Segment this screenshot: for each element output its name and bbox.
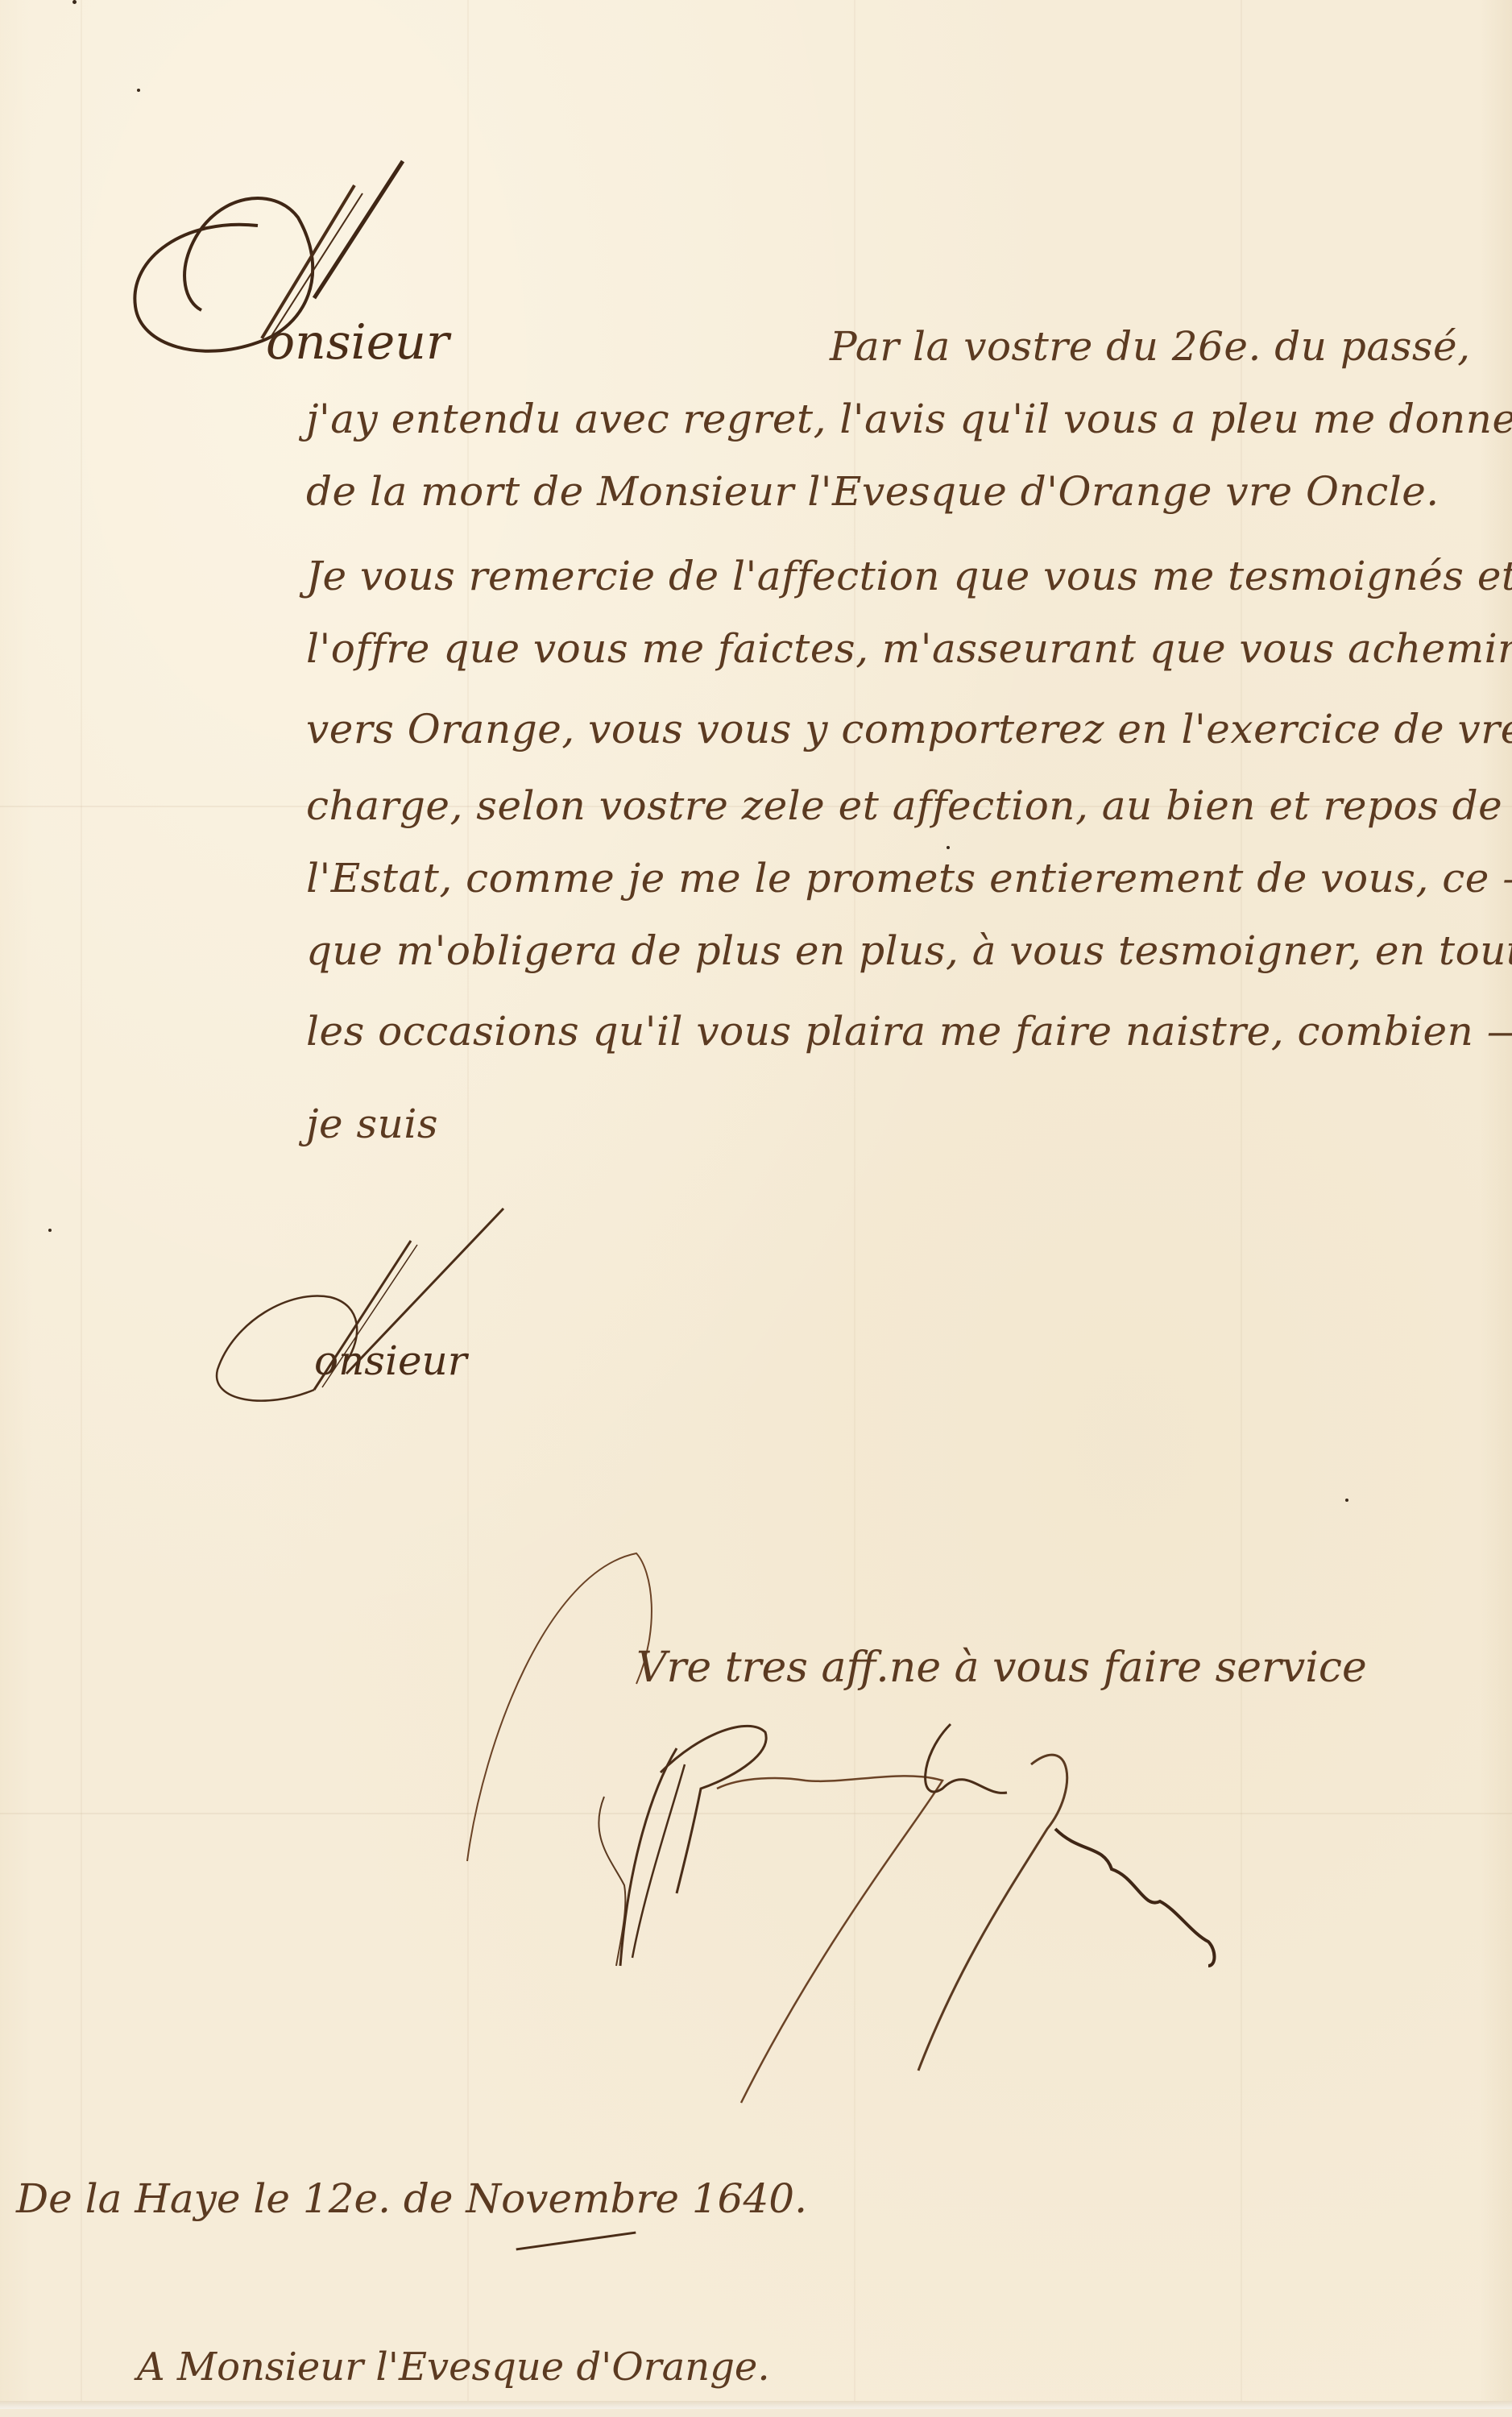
ink-speck <box>1345 1499 1348 1502</box>
body-line: Je vous remercie de l'affection que vous… <box>306 556 1512 596</box>
body-line: de la mort de Monsieur l'Evesque d'Orang… <box>306 471 1440 512</box>
paper-chain-line <box>81 0 82 2409</box>
body-line: j'ay entendu avec regret, l'avis qu'il v… <box>306 399 1512 439</box>
date-underline <box>516 2232 636 2251</box>
address-line: A Monsieur l'Evesque d'Orange. <box>137 2344 770 2390</box>
body-line: vers Orange, vous vous y comporterez en … <box>306 709 1512 749</box>
salutation-word: onsieur <box>266 314 449 371</box>
closing-salutation-word: onsieur <box>314 1337 467 1384</box>
body-line: charge, selon vostre zele et affection, … <box>306 786 1502 826</box>
ink-speck <box>48 1229 52 1232</box>
dateline: De la Haye le 12e. de Novembre 1640. <box>16 2175 807 2222</box>
body-line: les occasions qu'il vous plaira me faire… <box>306 1011 1512 1051</box>
body-line: Par la vostre du 26e. du passé, <box>830 326 1471 367</box>
letter-page: onsieur Par la vostre du 26e. du passé, … <box>0 0 1512 2409</box>
paper-bottom-edge <box>0 2401 1512 2409</box>
body-line: l'Estat, comme je me le promets entierem… <box>306 858 1512 898</box>
ink-speck <box>72 0 77 4</box>
signature-icon <box>580 1700 1305 2119</box>
ink-speck <box>137 89 140 92</box>
body-line: que m'obligera de plus en plus, à vous t… <box>306 931 1512 971</box>
body-line: je suis <box>306 1104 438 1144</box>
closing-formula: Vre tres aff.ne à vous faire service <box>636 1644 1367 1692</box>
ink-speck <box>947 846 950 849</box>
body-line: l'offre que vous me faictes, m'asseurant… <box>306 628 1512 669</box>
